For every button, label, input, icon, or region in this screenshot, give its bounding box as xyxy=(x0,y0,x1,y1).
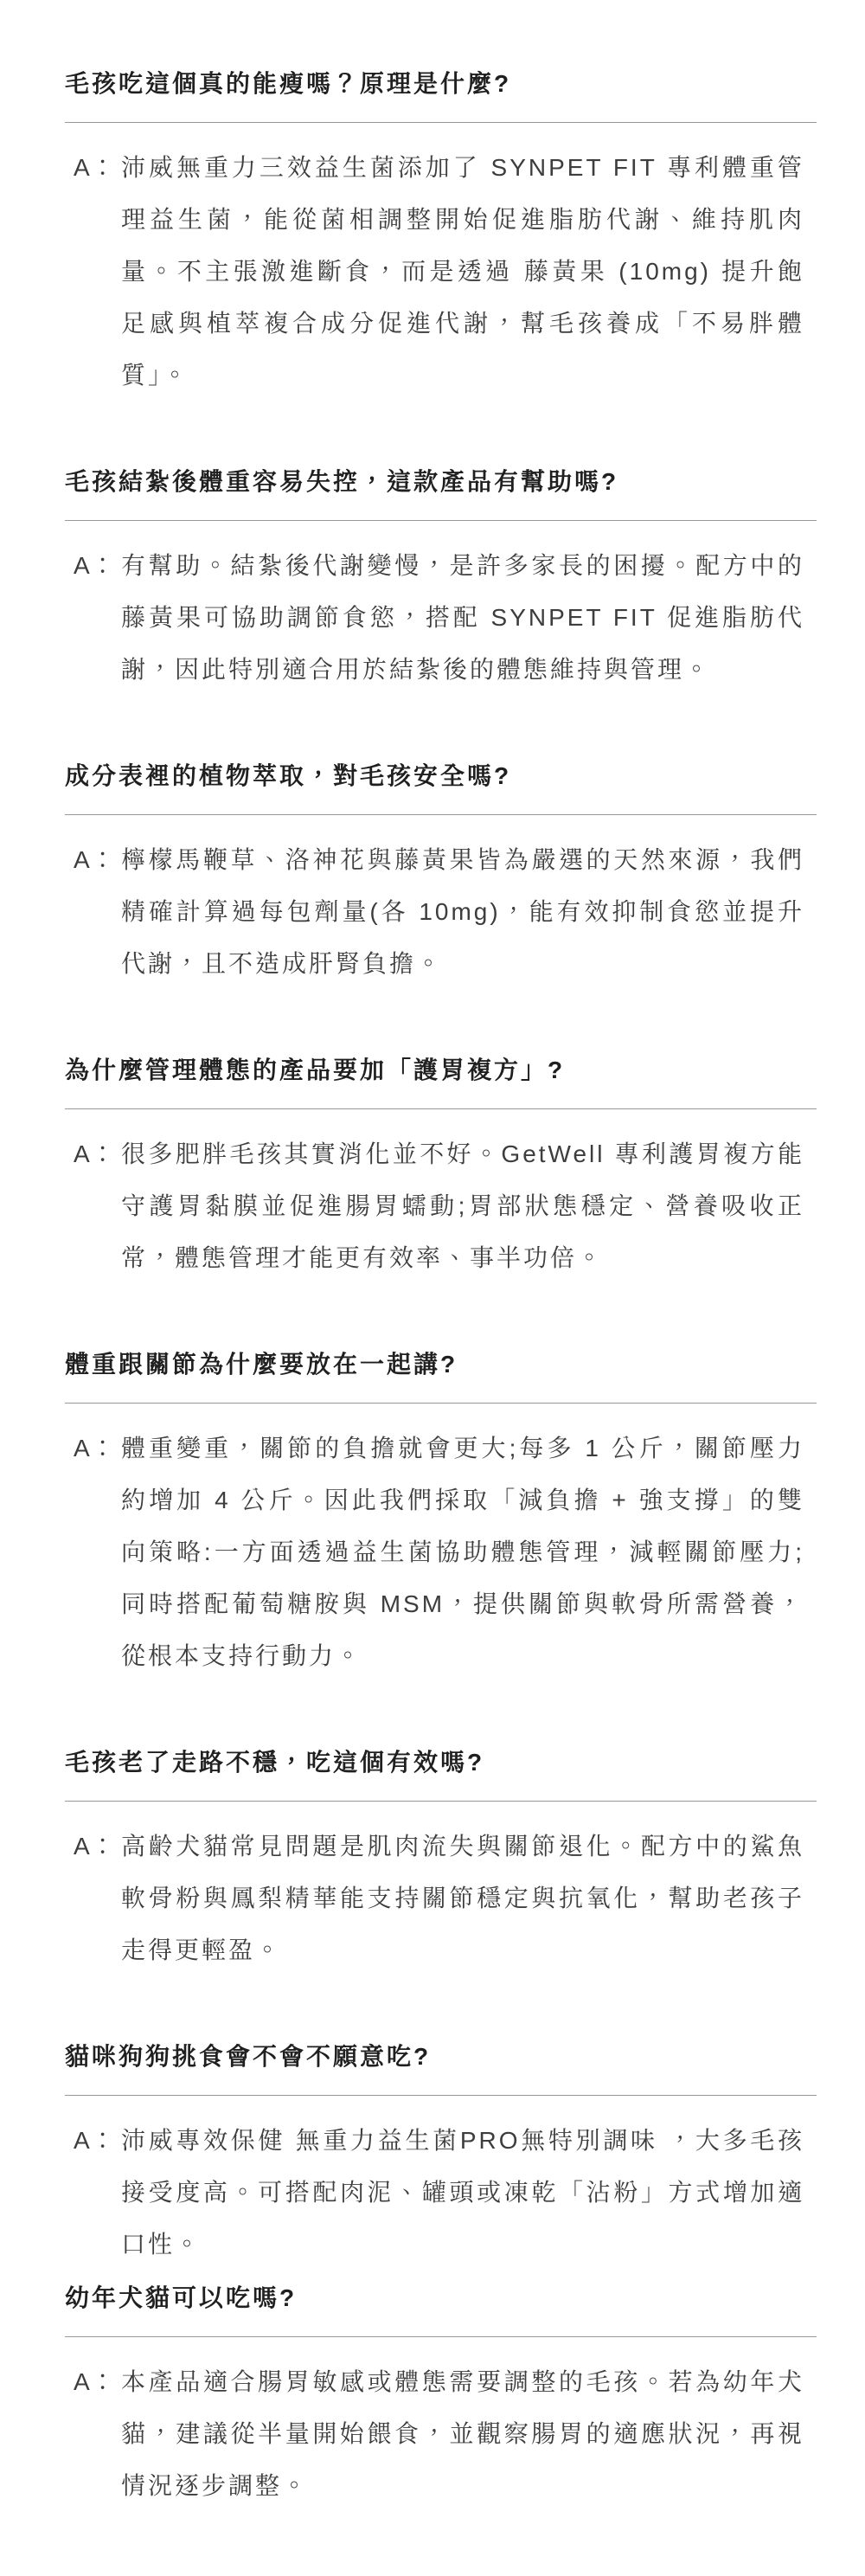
faq-answer: A： 很多肥胖毛孩其實消化並不好。GetWell 專利護胃複方能守護胃黏膜並促進… xyxy=(65,1128,817,1284)
faq-item: 成分表裡的植物萃取，對毛孩安全嗎? A： 檸檬馬鞭草、洛神花與藤黃果皆為嚴選的天… xyxy=(65,761,817,990)
answer-text: 體重變重，關節的負擔就會更大;每多 1 公斤，關節壓力約增加 4 公斤。因此我們… xyxy=(121,1423,804,1682)
faq-item: 毛孩吃這個真的能瘦嗎？原理是什麼? A： 沛威無重力三效益生菌添加了 SYNPE… xyxy=(65,69,817,401)
faq-answer: A： 有幫助。結紮後代謝變慢，是許多家長的困擾。配方中的藤黃果可協助調節食慾，搭… xyxy=(65,540,817,696)
answer-text: 很多肥胖毛孩其實消化並不好。GetWell 專利護胃複方能守護胃黏膜並促進腸胃蠕… xyxy=(121,1128,804,1284)
faq-item: 體重跟關節為什麼要放在一起講? A： 體重變重，關節的負擔就會更大;每多 1 公… xyxy=(65,1350,817,1682)
question-divider xyxy=(65,1403,817,1404)
faq-question: 貓咪狗狗挑食會不會不願意吃? xyxy=(65,2042,817,2072)
faq-item: 幼年犬貓可以吃嗎? A： 本產品適合腸胃敏感或體態需要調整的毛孩。若為幼年犬貓，… xyxy=(65,2284,817,2512)
question-divider xyxy=(65,122,817,123)
answer-text: 沛威專效保健 無重力益生菌PRO無特別調味 ，大多毛孩接受度高。可搭配肉泥、罐頭… xyxy=(121,2115,804,2271)
faq-answer: A： 高齡犬貓常見問題是肌肉流失與關節退化。配方中的鯊魚軟骨粉與鳳梨精華能支持關… xyxy=(65,1821,817,1976)
faq-list: 毛孩吃這個真的能瘦嗎？原理是什麼? A： 沛威無重力三效益生菌添加了 SYNPE… xyxy=(65,69,817,2512)
faq-item: 為什麼管理體態的產品要加「護胃複方」? A： 很多肥胖毛孩其實消化並不好。Get… xyxy=(65,1056,817,1284)
answer-prefix: A： xyxy=(74,2115,121,2167)
answer-prefix: A： xyxy=(74,540,121,592)
question-divider xyxy=(65,520,817,521)
faq-question: 毛孩吃這個真的能瘦嗎？原理是什麼? xyxy=(65,69,817,99)
answer-text: 沛威無重力三效益生菌添加了 SYNPET FIT 專利體重管理益生菌，能從菌相調… xyxy=(121,142,804,401)
faq-item: 毛孩結紮後體重容易失控，這款產品有幫助嗎? A： 有幫助。結紮後代謝變慢，是許多… xyxy=(65,467,817,696)
question-divider xyxy=(65,2095,817,2096)
answer-prefix: A： xyxy=(74,142,121,194)
faq-question: 幼年犬貓可以吃嗎? xyxy=(65,2284,817,2313)
faq-item: 貓咪狗狗挑食會不會不願意吃? A： 沛威專效保健 無重力益生菌PRO無特別調味 … xyxy=(65,2042,817,2271)
faq-answer: A： 沛威無重力三效益生菌添加了 SYNPET FIT 專利體重管理益生菌，能從… xyxy=(65,142,817,401)
faq-item: 毛孩老了走路不穩，吃這個有效嗎? A： 高齡犬貓常見問題是肌肉流失與關節退化。配… xyxy=(65,1748,817,1976)
faq-answer: A： 檸檬馬鞭草、洛神花與藤黃果皆為嚴選的天然來源，我們精確計算過每包劑量(各 … xyxy=(65,834,817,990)
faq-page: 毛孩吃這個真的能瘦嗎？原理是什麼? A： 沛威無重力三效益生菌添加了 SYNPE… xyxy=(0,0,865,2576)
faq-question: 體重跟關節為什麼要放在一起講? xyxy=(65,1350,817,1379)
faq-question: 為什麼管理體態的產品要加「護胃複方」? xyxy=(65,1056,817,1085)
faq-answer: A： 本產品適合腸胃敏感或體態需要調整的毛孩。若為幼年犬貓，建議從半量開始餵食，… xyxy=(65,2356,817,2512)
answer-text: 有幫助。結紮後代謝變慢，是許多家長的困擾。配方中的藤黃果可協助調節食慾，搭配 S… xyxy=(121,540,804,696)
question-divider xyxy=(65,1801,817,1802)
faq-answer: A： 沛威專效保健 無重力益生菌PRO無特別調味 ，大多毛孩接受度高。可搭配肉泥… xyxy=(65,2115,817,2271)
question-divider xyxy=(65,2336,817,2337)
answer-prefix: A： xyxy=(74,2356,121,2408)
answer-prefix: A： xyxy=(74,1821,121,1873)
faq-question: 毛孩老了走路不穩，吃這個有效嗎? xyxy=(65,1748,817,1777)
faq-question: 成分表裡的植物萃取，對毛孩安全嗎? xyxy=(65,761,817,791)
question-divider xyxy=(65,814,817,815)
answer-text: 高齡犬貓常見問題是肌肉流失與關節退化。配方中的鯊魚軟骨粉與鳳梨精華能支持關節穩定… xyxy=(121,1821,804,1976)
answer-prefix: A： xyxy=(74,1423,121,1474)
faq-question: 毛孩結紮後體重容易失控，這款產品有幫助嗎? xyxy=(65,467,817,497)
answer-prefix: A： xyxy=(74,834,121,886)
answer-text: 檸檬馬鞭草、洛神花與藤黃果皆為嚴選的天然來源，我們精確計算過每包劑量(各 10m… xyxy=(121,834,804,990)
faq-answer: A： 體重變重，關節的負擔就會更大;每多 1 公斤，關節壓力約增加 4 公斤。因… xyxy=(65,1423,817,1682)
answer-prefix: A： xyxy=(74,1128,121,1180)
question-divider xyxy=(65,1108,817,1109)
answer-text: 本產品適合腸胃敏感或體態需要調整的毛孩。若為幼年犬貓，建議從半量開始餵食，並觀察… xyxy=(121,2356,804,2512)
